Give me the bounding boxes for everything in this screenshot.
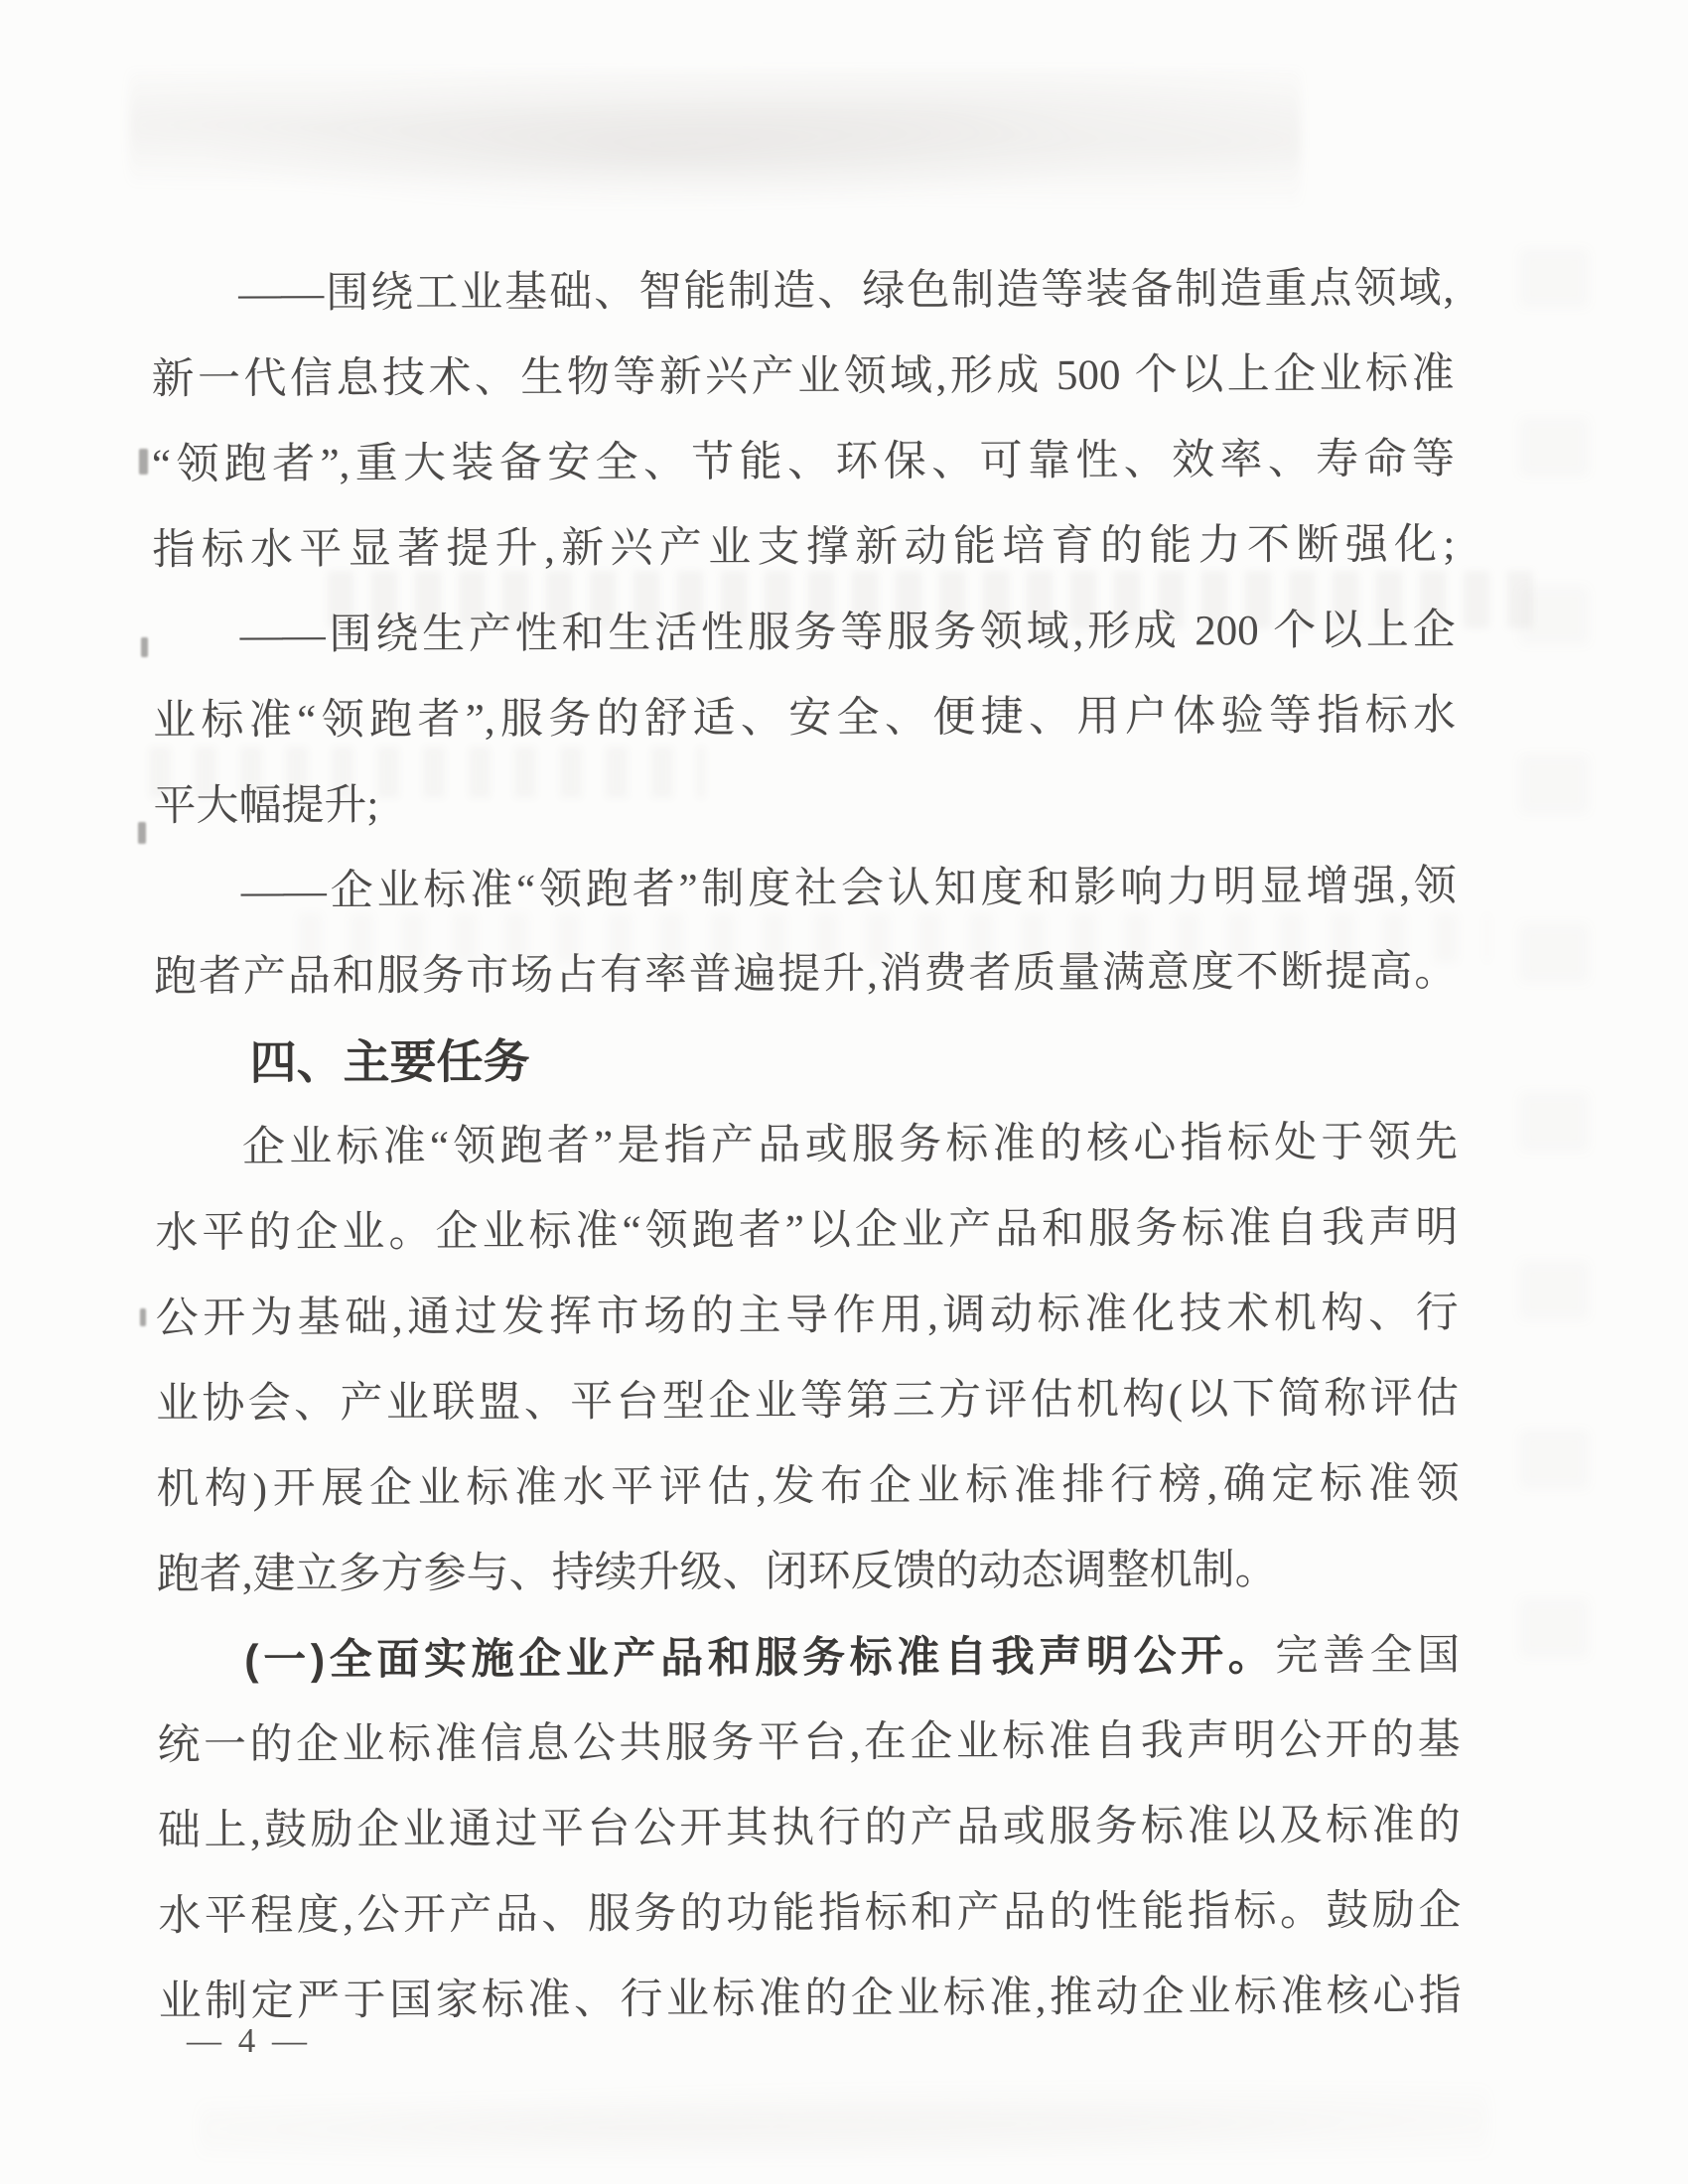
page-number: — 4 — [187,2015,311,2067]
bold-text-segment: (一)全面实施企业产品和服务标准自我声明公开。 [244,1632,1275,1685]
text-segment: 新一代信息技术、生物等新兴产业领域,形成 500 个以上企业标准 [151,350,1454,403]
text-segment: 公开为基础,通过发挥市场的主导作用,调动标准化技术机构、行 [156,1290,1459,1342]
text-segment: ——围绕生产性和生活性服务等服务领域,形成 200 个以上企 [240,607,1456,658]
text-line: 水平的企业。企业标准“领跑者”以企业产品和服务标准自我声明 [155,1185,1458,1277]
text-segment: 统一的企业标准信息公共服务平台,在企业标准自我声明公开的基 [157,1716,1460,1769]
text-line: 业制定严于国家标准、行业标准的企业标准,推动企业标准核心指 [159,1954,1462,2045]
scan-speck [139,449,148,475]
text-segment: 平大幅提升; [153,782,378,830]
text-line: 础上,鼓励企业通过平台公开其执行的产品或服务标准以及标准的 [158,1783,1461,1874]
scan-speck [141,637,148,657]
text-segment: 跑者,建立多方参与、持续升级、闭环反馈的动态调整机制。 [157,1547,1278,1598]
text-line: ——围绕生产性和生活性服务等服务领域,形成 200 个以上企 [153,588,1456,679]
text-line: 机构)开展企业标准水平评估,发布企业标准排行榜,确定标准领 [156,1441,1459,1533]
text-column: ——围绕工业基础、智能制造、绿色制造等装备制造重点领域,新一代信息技术、生物等新… [151,246,1462,2045]
text-segment: 业协会、产业联盟、平台型企业等第三方评估机构(以下简称评估 [156,1375,1459,1428]
text-line: 新一代信息技术、生物等新兴产业领域,形成 500 个以上企业标准 [151,332,1454,423]
text-segment: 机构)开展企业标准水平评估,发布企业标准排行榜,确定标准领 [156,1460,1459,1513]
text-segment: 业标准“领跑者”,服务的舒适、安全、便捷、用户体验等指标水 [153,692,1456,745]
text-segment: 水平的企业。企业标准“领跑者”以企业产品和服务标准自我声明 [155,1204,1458,1257]
text-line: 业协会、产业联盟、平台型企业等第三方评估机构(以下简称评估 [156,1356,1459,1447]
document-page: ——围绕工业基础、智能制造、绿色制造等装备制造重点领域,新一代信息技术、生物等新… [0,0,1688,2184]
text-line: (一)全面实施企业产品和服务标准自我声明公开。完善全国 [157,1612,1460,1704]
text-line: 统一的企业标准信息公共服务平台,在企业标准自我声明公开的基 [157,1698,1460,1789]
text-line: 跑者,建立多方参与、持续升级、闭环反馈的动态调整机制。 [157,1527,1460,1618]
text-segment: ——围绕工业基础、智能制造、绿色制造等装备制造重点领域, [238,265,1454,317]
text-line: ——围绕工业基础、智能制造、绿色制造等装备制造重点领域, [151,246,1454,338]
scan-noise-bottom [199,2085,1489,2174]
text-segment: ——企业标准“领跑者”制度社会认知度和影响力明显增强,领 [241,863,1457,914]
text-segment: 完善全国 [1275,1632,1460,1680]
text-line: ——企业标准“领跑者”制度社会认知度和影响力明显增强,领 [154,844,1457,935]
text-line: 指标水平显著提升,新兴产业支撑新动能培育的能力不断强化; [152,502,1455,594]
text-segment: 础上,鼓励企业通过平台公开其执行的产品或服务标准以及标准的 [158,1802,1461,1854]
text-segment: 企业标准“领跑者”是指产品或服务标准的核心指标处于领先 [242,1119,1458,1170]
text-segment: 指标水平显著提升,新兴产业支撑新动能培育的能力不断强化; [152,521,1455,574]
bold-text-segment: 四、主要任务 [249,1034,529,1088]
text-segment: 业制定严于国家标准、行业标准的企业标准,推动企业标准核心指 [159,1973,1462,2025]
text-line: “领跑者”,重大装备安全、节能、环保、可靠性、效率、寿命等 [152,417,1455,508]
text-line: 公开为基础,通过发挥市场的主导作用,调动标准化技术机构、行 [156,1271,1459,1362]
scan-noise-top [129,69,1301,208]
text-line: 企业标准“领跑者”是指产品或服务标准的核心指标处于领先 [155,1100,1458,1191]
scan-speck [140,1308,146,1326]
text-line: 跑者产品和服务市场占有率普遍提升,消费者质量满意度不断提高。 [154,929,1457,1021]
text-line: 业标准“领跑者”,服务的舒适、安全、便捷、用户体验等指标水 [153,673,1456,764]
section-heading: 四、主要任务 [154,1015,1457,1106]
scan-noise-right-margin [1519,248,1589,1737]
scan-speck [138,822,146,844]
text-segment: “领跑者”,重大装备安全、节能、环保、可靠性、效率、寿命等 [152,436,1455,488]
text-segment: 跑者产品和服务市场占有率普遍提升,消费者质量满意度不断提高。 [154,948,1457,1001]
text-line: 水平程度,公开产品、服务的功能指标和产品的性能指标。鼓励企 [158,1868,1461,1960]
text-segment: 水平程度,公开产品、服务的功能指标和产品的性能指标。鼓励企 [158,1887,1461,1940]
text-line: 平大幅提升; [153,758,1456,850]
